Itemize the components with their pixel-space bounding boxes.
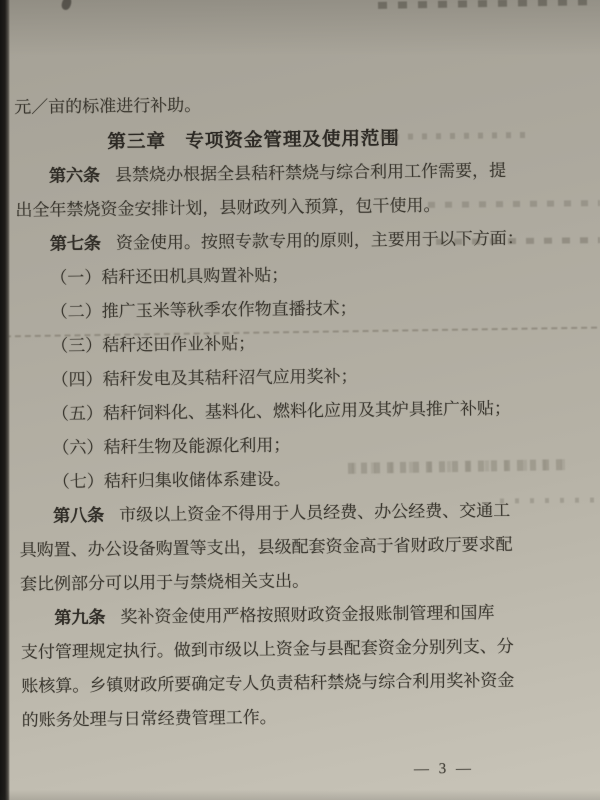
page-text-block: 元／亩的标准进行补助。 第三章 专项资金管理及使用范围 第六条县禁烧办根据全县秸… bbox=[14, 85, 500, 738]
article-line: 第八条市级以上资金不得用于人员经费、办公经费、交通工 bbox=[19, 494, 497, 534]
bleedthrough-beside-article8 bbox=[500, 497, 596, 503]
article-line: 套比例部分可以用于与禁烧相关支出。 bbox=[20, 562, 498, 602]
photo-dark-left-edge bbox=[0, 0, 10, 800]
list-item-line: （一）秸秆还田机具购置补贴； bbox=[16, 256, 494, 296]
article-number: 第九条 bbox=[54, 608, 105, 628]
article-line: 的账务处理与日常经费管理工作。 bbox=[22, 698, 500, 738]
article-line: 具购置、办公设备购置等支出，县级配套资金高于省财政厅要求配 bbox=[19, 528, 497, 568]
article-number: 第八条 bbox=[53, 506, 104, 526]
article-text: 县禁烧办根据全县秸秆禁烧与综合利用工作需要，提 bbox=[115, 161, 506, 185]
article-number: 第六条 bbox=[49, 166, 100, 186]
article-number: 第七条 bbox=[50, 234, 101, 254]
document-photo: 元／亩的标准进行补助。 第三章 专项资金管理及使用范围 第六条县禁烧办根据全县秸… bbox=[0, 0, 600, 800]
list-item-line: （六）秸秆生物及能源化利用； bbox=[18, 426, 496, 466]
photo-bottom-shade bbox=[0, 790, 600, 800]
ink-speck bbox=[60, 0, 73, 11]
article-line: 账核算。乡镇财政所要确定专人负责秸秆禁烧与综合利用奖补资金 bbox=[21, 664, 499, 704]
chapter-heading: 第三章 专项资金管理及使用范围 bbox=[14, 119, 492, 160]
list-item-line: （五）秸秆饲料化、基料化、燃料化应用及其炉具推广补贴； bbox=[18, 392, 496, 432]
article-line: 第九条奖补资金使用严格按照财政资金报账制管理和国库 bbox=[20, 596, 498, 636]
article-line: 第七条资金使用。按照专款专用的原则，主要用于以下方面： bbox=[16, 222, 494, 262]
article-text: 奖补资金使用严格按照财政资金报账制管理和国库 bbox=[120, 603, 494, 627]
bleedthrough-after-line bbox=[428, 200, 600, 208]
continuation-line: 元／亩的标准进行补助。 bbox=[14, 85, 492, 125]
bleedthrough-heading-right bbox=[380, 132, 526, 140]
list-item-line: （四）秸秆发电及其秸秆沼气应用奖补； bbox=[17, 358, 495, 398]
list-item-line: （二）推广玉米等秋季农作物直播技术； bbox=[17, 290, 495, 330]
bleedthrough-after-colon bbox=[436, 237, 600, 245]
page-number: — 3 — bbox=[414, 761, 474, 779]
article-text: 市级以上资金不得用于人员经费、办公经费、交通工 bbox=[119, 501, 510, 525]
article-line: 支付管理规定执行。做到市级以上资金与县配套资金分别列支、分 bbox=[21, 630, 499, 670]
article-line: 出全年禁烧资金安排计划，县财政列入预算，包干使用。 bbox=[15, 188, 493, 228]
bleedthrough-top-edge bbox=[378, 0, 598, 9]
article-line: 第六条县禁烧办根据全县秸秆禁烧与综合利用工作需要，提 bbox=[15, 154, 493, 194]
